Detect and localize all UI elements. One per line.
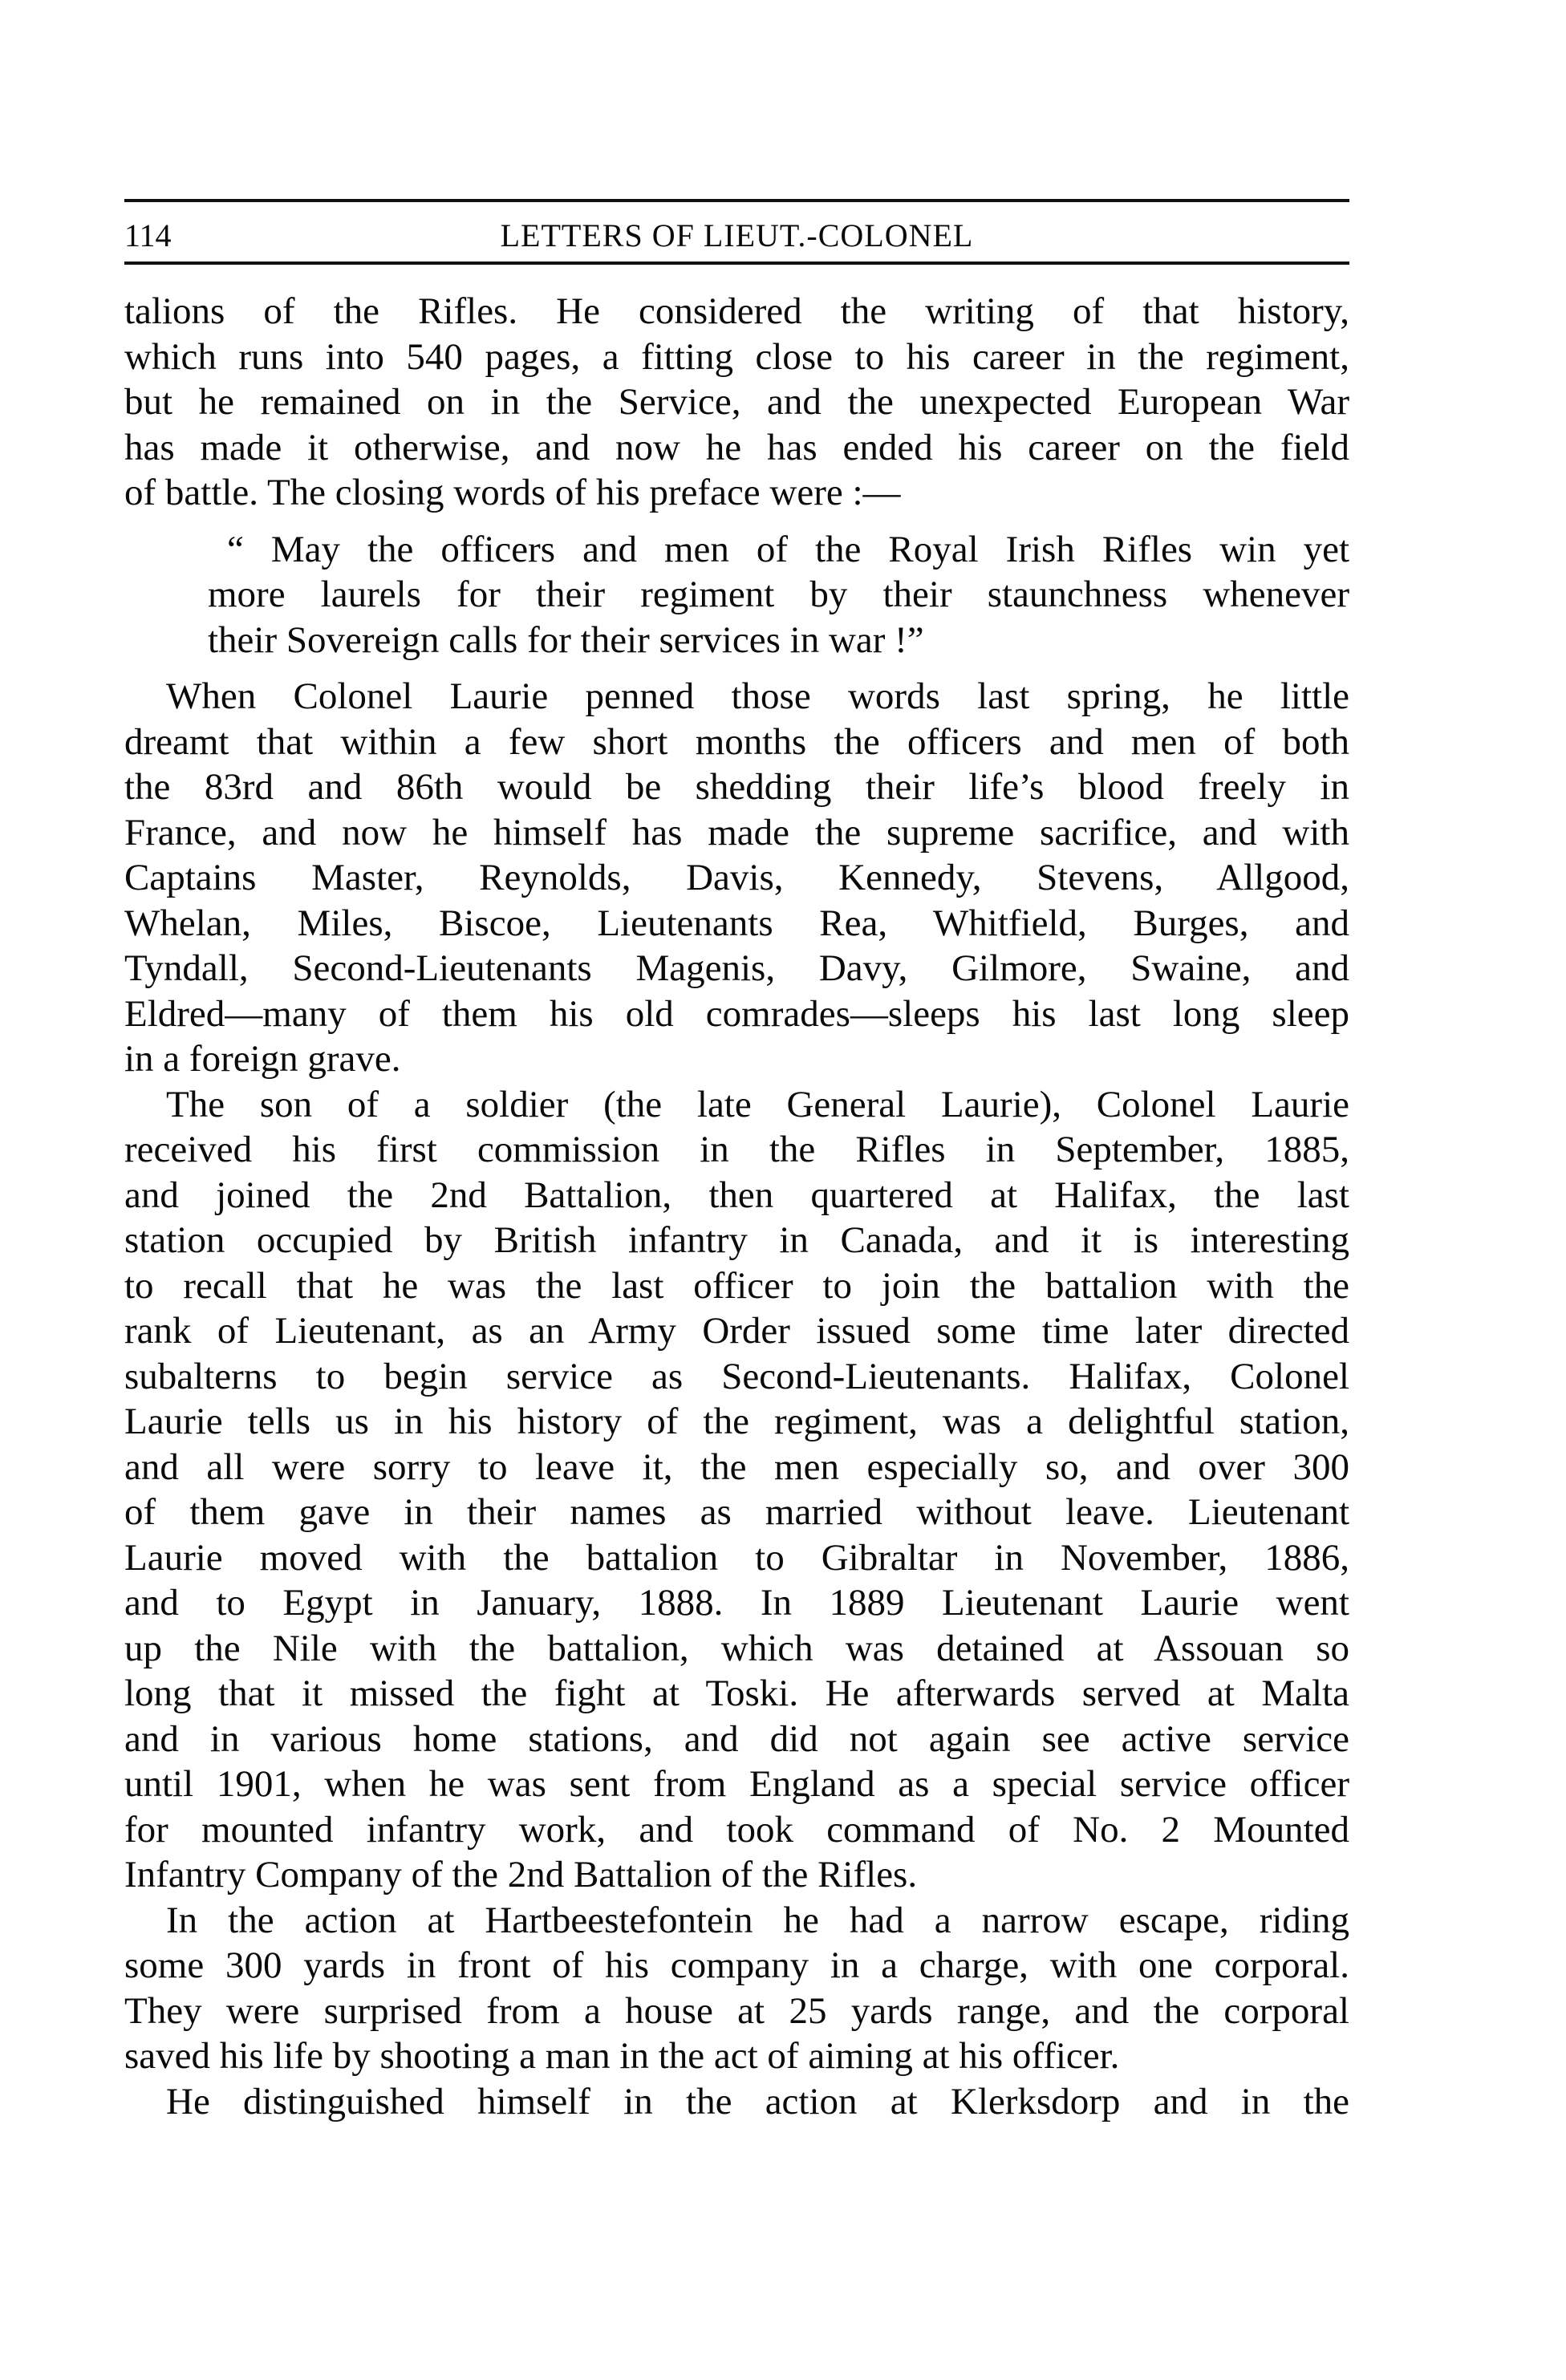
text-line: dreamt that within a few short months th… bbox=[124, 720, 1349, 765]
text-line: some 300 yards in front of his company i… bbox=[124, 1943, 1349, 1989]
text-line: of battle. The closing words of his pref… bbox=[124, 470, 1349, 516]
text-line: The son of a soldier (the late General L… bbox=[124, 1082, 1349, 1128]
text-line: Laurie tells us in his history of the re… bbox=[124, 1399, 1349, 1445]
text-line: He distinguished himself in the action a… bbox=[124, 2079, 1349, 2125]
text-line: They were surprised from a house at 25 y… bbox=[124, 1989, 1349, 2034]
text-line: and joined the 2nd Battalion, then quart… bbox=[124, 1173, 1349, 1218]
text-line: for mounted infantry work, and took comm… bbox=[124, 1807, 1349, 1853]
text-line: has made it otherwise, and now he has en… bbox=[124, 425, 1349, 471]
text-line: talions of the Rifles. He considered the… bbox=[124, 289, 1349, 334]
text-line: until 1901, when he was sent from Englan… bbox=[124, 1762, 1349, 1807]
text-line: and all were sorry to leave it, the men … bbox=[124, 1445, 1349, 1490]
text-line: In the action at Hartbeestefontein he ha… bbox=[124, 1898, 1349, 1944]
text-line: When Colonel Laurie penned those words l… bbox=[124, 674, 1349, 720]
block-quote: “ May the officers and men of the Royal … bbox=[124, 527, 1349, 663]
text-line: France, and now he himself has made the … bbox=[124, 810, 1349, 856]
page-body: talions of the Rifles. He considered the… bbox=[124, 289, 1349, 2124]
text-line: Tyndall, Second-Lieutenants Magenis, Dav… bbox=[124, 946, 1349, 991]
header-bottom-rule bbox=[124, 262, 1349, 265]
text-line: received his first commission in the Rif… bbox=[124, 1127, 1349, 1173]
text-line: Eldred—many of them his old comrades—sle… bbox=[124, 991, 1349, 1037]
paragraph: The son of a soldier (the late General L… bbox=[124, 1082, 1349, 1898]
text-line: and in various home stations, and did no… bbox=[124, 1717, 1349, 1762]
text-line: the 83rd and 86th would be shedding thei… bbox=[124, 764, 1349, 810]
quote-line: their Sovereign calls for their services… bbox=[124, 618, 1349, 663]
text-line: long that it missed the fight at Toski. … bbox=[124, 1671, 1349, 1717]
running-title: LETTERS OF LIEUT.-COLONEL bbox=[124, 217, 1349, 254]
quote-line: more laurels for their regiment by their… bbox=[124, 572, 1349, 618]
paragraph: He distinguished himself in the action a… bbox=[124, 2079, 1349, 2125]
text-line: and to Egypt in January, 1888. In 1889 L… bbox=[124, 1580, 1349, 1626]
text-line: subalterns to begin service as Second-Li… bbox=[124, 1354, 1349, 1400]
text-line: rank of Lieutenant, as an Army Order iss… bbox=[124, 1308, 1349, 1354]
text-line: Laurie moved with the battalion to Gibra… bbox=[124, 1535, 1349, 1581]
text-line: Whelan, Miles, Biscoe, Lieutenants Rea, … bbox=[124, 901, 1349, 947]
paragraph: In the action at Hartbeestefontein he ha… bbox=[124, 1898, 1349, 2079]
text-line: Captains Master, Reynolds, Davis, Kenned… bbox=[124, 855, 1349, 901]
paragraph-continuation: talions of the Rifles. He considered the… bbox=[124, 289, 1349, 516]
text-line: station occupied by British infantry in … bbox=[124, 1218, 1349, 1263]
text-line: Infantry Company of the 2nd Battalion of… bbox=[124, 1852, 1349, 1898]
text-line: to recall that he was the last officer t… bbox=[124, 1263, 1349, 1309]
text-line: saved his life by shooting a man in the … bbox=[124, 2033, 1349, 2079]
text-line: but he remained on in the Service, and t… bbox=[124, 379, 1349, 425]
book-page: 114 LETTERS OF LIEUT.-COLONEL talions of… bbox=[124, 199, 1349, 2124]
text-line: in a foreign grave. bbox=[124, 1036, 1349, 1082]
running-header: 114 LETTERS OF LIEUT.-COLONEL bbox=[124, 202, 1349, 262]
text-line: of them gave in their names as married w… bbox=[124, 1490, 1349, 1535]
text-line: up the Nile with the battalion, which wa… bbox=[124, 1626, 1349, 1672]
text-line: which runs into 540 pages, a fitting clo… bbox=[124, 334, 1349, 380]
quote-line: “ May the officers and men of the Royal … bbox=[124, 527, 1349, 573]
paragraph: When Colonel Laurie penned those words l… bbox=[124, 674, 1349, 1082]
